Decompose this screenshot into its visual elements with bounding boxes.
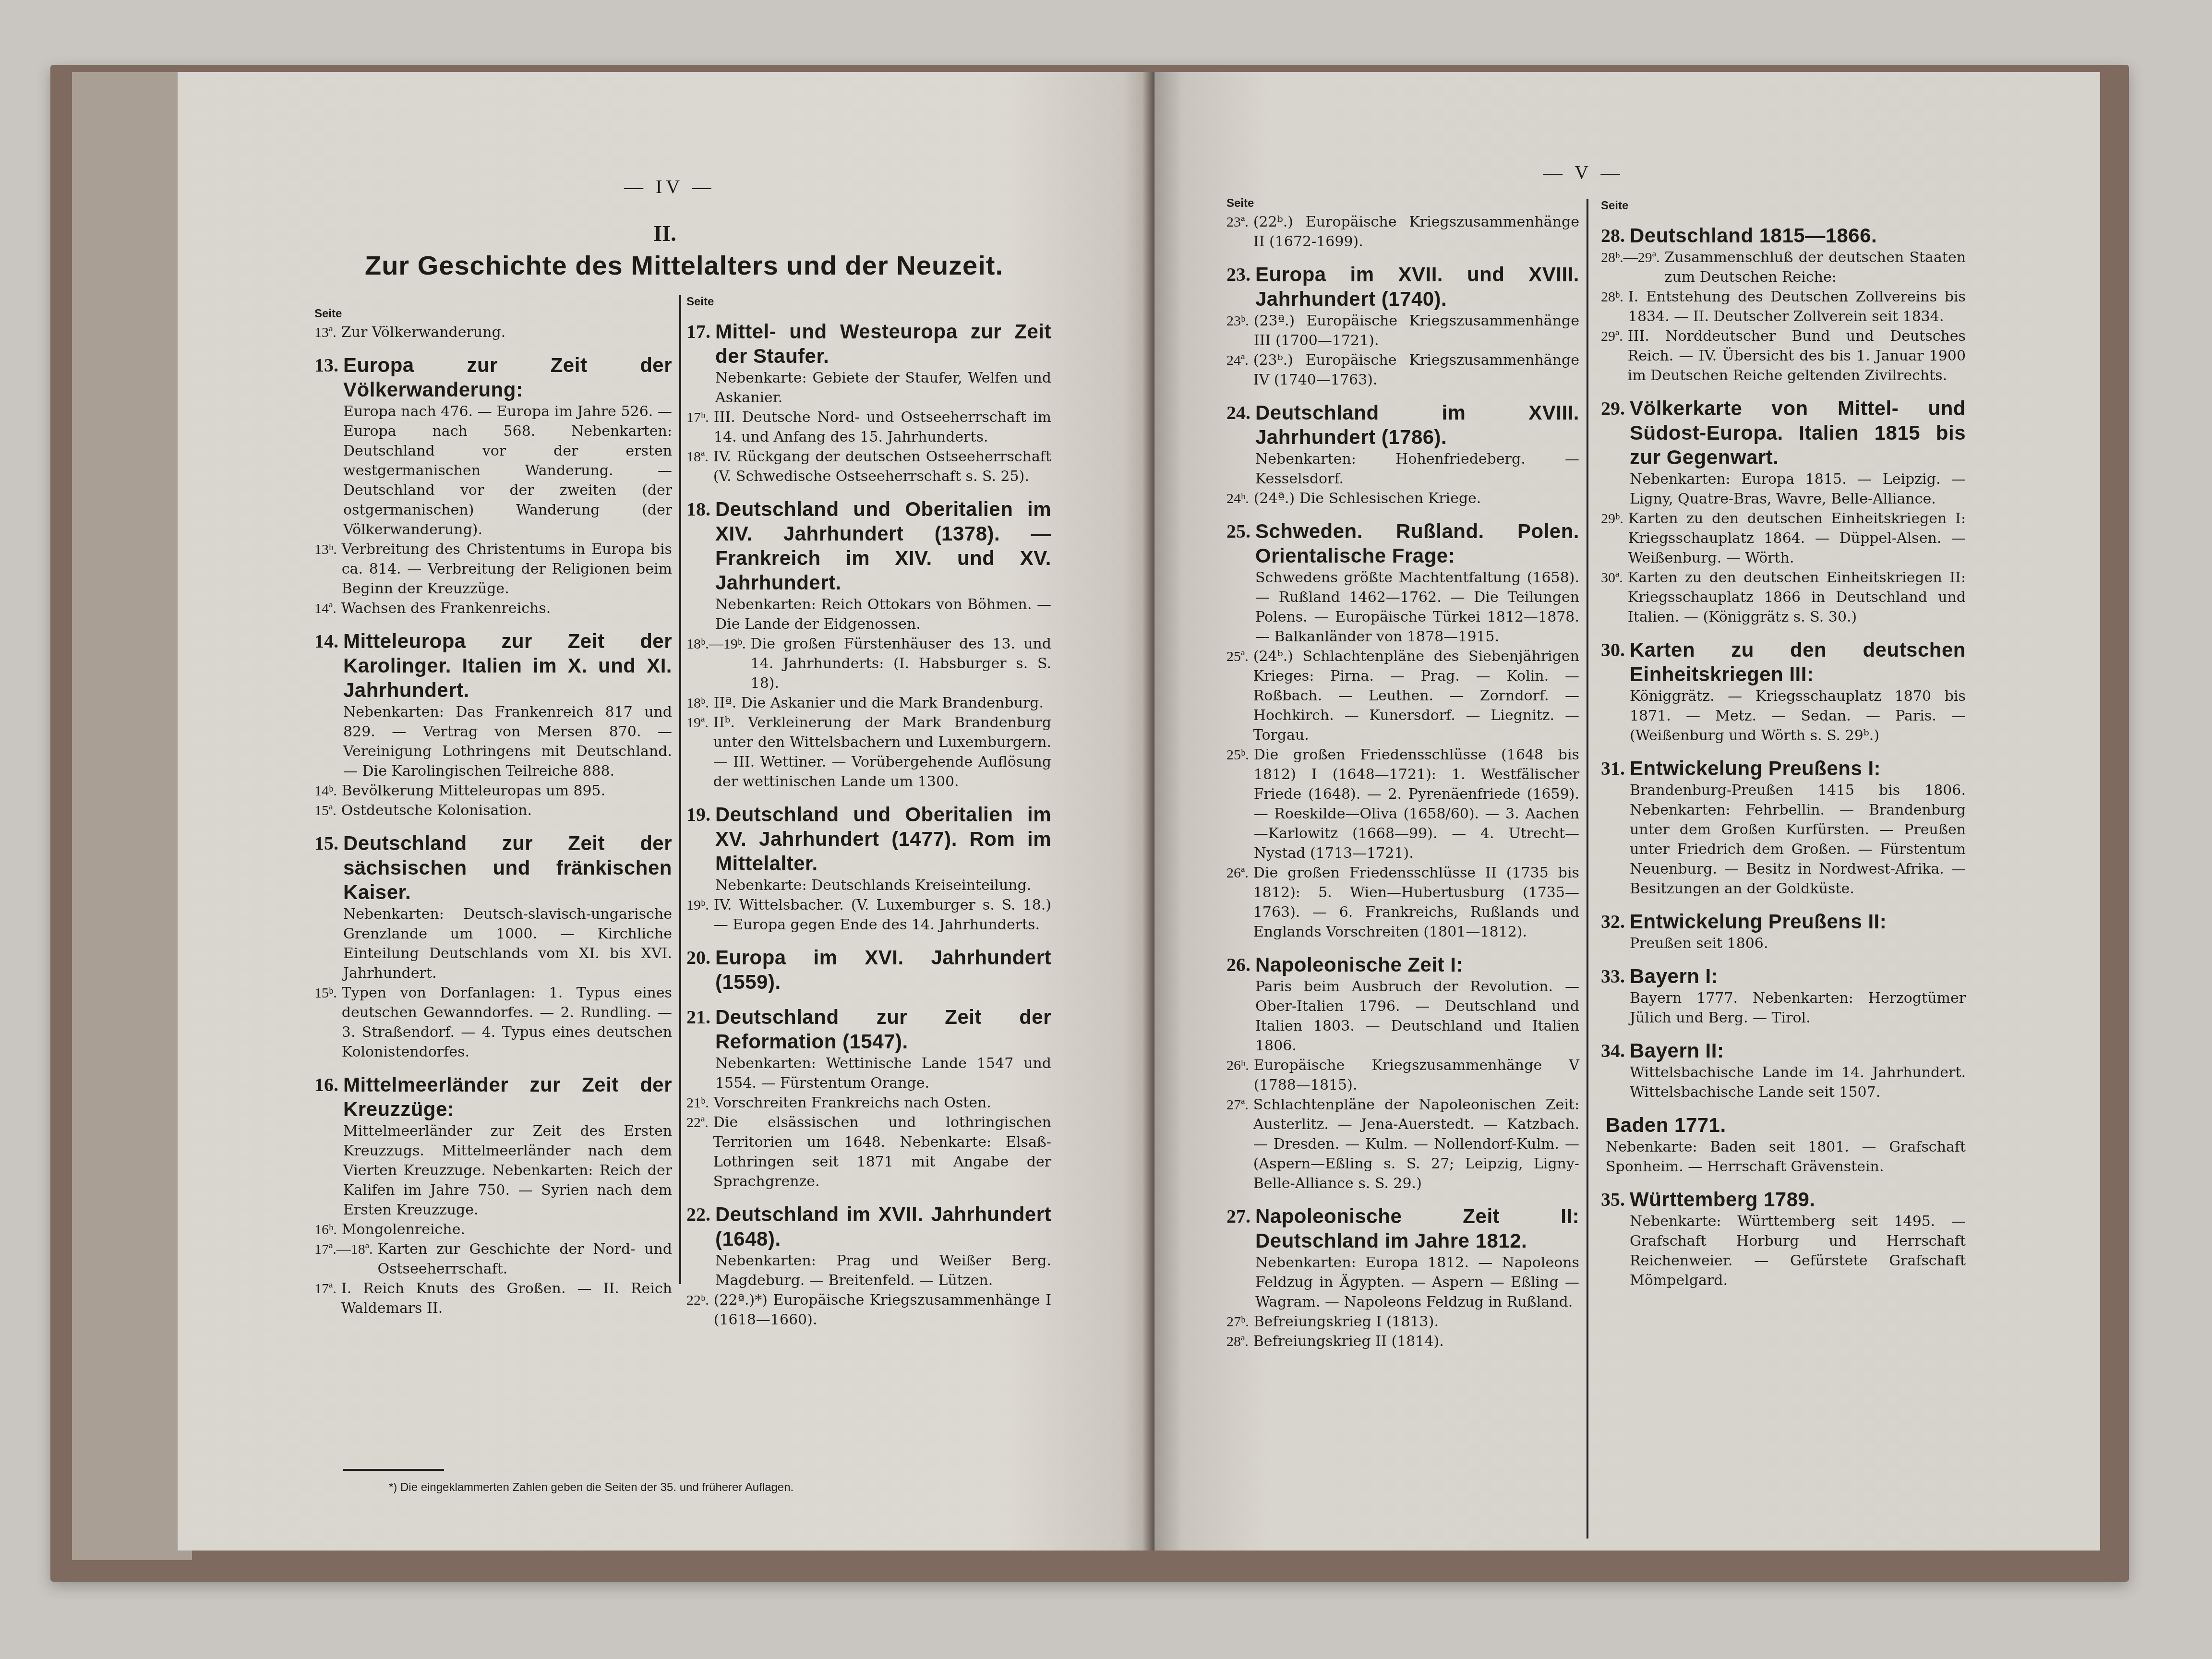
entry-body: I. Reich Knuts des Großen. — II. Reich W… [341,1279,672,1318]
seite-header: Seite [314,307,672,321]
entry-body: Deutschland und Oberitalien im XV. Jahrh… [715,802,1051,895]
toc-map-entry: 19.Deutschland und Oberitalien im XV. Ja… [686,802,1051,895]
entry-text: (22ᵇ.) Europäische Kriegszusammenhänge I… [1253,214,1579,250]
entry-body: Wachsen des Frankenreichs. [341,599,672,618]
right-page: — V — Seite23ª.(22ᵇ.) Europäische Kriegs… [1154,72,2100,1551]
toc-subentry: 13ᵇ.Verbreitung des Christentums in Euro… [314,540,672,599]
entry-text: (22ª.)*) Europäische Kriegszusammenhänge… [714,1292,1051,1328]
toc-subentry: 27ª.Schlachtenpläne der Napoleonischen Z… [1226,1095,1579,1193]
entry-description: Brandenburg-Preußen 1415 bis 1806. Neben… [1630,781,1966,899]
toc-column-left-2: Seite17.Mittel- und Westeuropa zur Zeit … [686,295,1051,1330]
entry-body: IV. Rückgang der deutschen Ostseeherrsch… [713,447,1051,486]
page-ref: 25. [1226,519,1255,647]
toc-map-entry: 16.Mittelmeerländer zur Zeit der Kreuzzü… [314,1072,672,1220]
entry-title: Napoleonische Zeit II: Deutschland im Ja… [1255,1204,1579,1253]
page-ref: 15. [314,831,343,983]
entry-body: Typen von Dorfanlagen: 1. Typus eines de… [342,983,672,1062]
page-ref: 26ᵇ. [1226,1056,1254,1095]
toc-map-entry: 14.Mitteleuropa zur Zeit der Karolinger.… [314,629,672,781]
entry-body: Vorschreiten Frankreichs nach Osten. [714,1093,1051,1113]
entry-description: Nebenkarte: Württemberg seit 1495. — Gra… [1630,1212,1966,1290]
entry-body: Völkerkarte von Mittel- und Südost-Europ… [1630,396,1966,509]
entry-text: Europäische Kriegszusammenhänge V (1788—… [1254,1057,1579,1094]
entry-body: Entwickelung Preußens I:Brandenburg-Preu… [1630,756,1966,899]
toc-column-left-1: Seite13ª.Zur Völkerwanderung.13.Europa z… [314,307,672,1318]
page-ref: 17ᵇ. [686,408,714,447]
entry-body: Europa im XVI. Jahrhundert (1559). [715,945,1051,994]
entry-body: III. Deutsche Nord- und Ostseeherrschaft… [714,408,1051,447]
entry-text: Befreiungskrieg II (1814). [1253,1333,1444,1350]
entry-text: Karten zu den deutschen Einheitskriegen … [1628,510,1966,566]
toc-subentry: 26ᵇ.Europäische Kriegszusammenhänge V (1… [1226,1056,1579,1095]
toc-subentry: 26ª.Die großen Friedensschlüsse II (1735… [1226,863,1579,942]
entry-body: I. Entstehung des Deutschen Zollvereins … [1628,287,1966,326]
entry-description: Königgrätz. — Kriegsschauplatz 1870 bis … [1630,686,1966,745]
entry-description: Nebenkarten: Hohenfriedeberg. — Kesselsd… [1255,449,1579,489]
entry-body: Die großen Fürstenhäuser des 13. und 14.… [751,634,1051,693]
toc-map-entry: 18.Deutschland und Oberitalien im XIV. J… [686,497,1051,634]
toc-subentry: 27ᵇ.Befreiungskrieg I (1813). [1226,1312,1579,1332]
toc-map-entry: Baden 1771.Nebenkarte: Baden seit 1801. … [1601,1113,1966,1177]
left-page: — IV — II. Zur Geschichte des Mittelalte… [178,72,1152,1551]
page-ref: 30ª. [1601,568,1628,627]
entry-body: Ostdeutsche Kolonisation. [341,801,672,820]
entry-body: Deutschland 1815—1866. [1630,223,1966,248]
entry-body: Deutschland und Oberitalien im XIV. Jahr… [715,497,1051,634]
entry-description: Preußen seit 1806. [1630,934,1966,953]
entry-body: Mitteleuropa zur Zeit der Karolinger. It… [343,629,672,781]
column-divider [679,295,681,1284]
toc-subentry: 25ᵇ.Die großen Friedensschlüsse (1648 bi… [1226,745,1579,863]
page-ref: 30. [1601,637,1630,745]
entry-body: Zusammenschluß der deutschen Staaten zum… [1665,248,1966,287]
toc-column-right-2: Seite28.Deutschland 1815—1866.28ᵇ.—29ª.Z… [1601,199,1966,1290]
entry-body: Karten zu den deutschen Einheitskriegen … [1628,509,1966,568]
entry-text: (24ª.) Die Schlesischen Kriege. [1254,490,1481,507]
entry-description: Schwedens größte Machtentfaltung (1658).… [1255,568,1579,647]
toc-map-entry: 26.Napoleonische Zeit I:Paris beim Ausbr… [1226,952,1579,1056]
toc-map-entry: 23.Europa im XVII. und XVIII. Jahrhunder… [1226,262,1579,311]
page-ref: 25ª. [1226,647,1253,745]
entry-text: IV. Wittelsbacher. (V. Luxemburger s. S.… [714,897,1051,933]
toc-subentry: 29ᵇ.Karten zu den deutschen Einheitskrie… [1601,509,1966,568]
toc-map-entry: 25.Schweden. Rußland. Polen. Orientalisc… [1226,519,1579,647]
entry-body: III. Norddeutscher Bund und Deutsches Re… [1628,326,1966,385]
entry-description: Nebenkarte: Baden seit 1801. — Grafschaf… [1606,1137,1966,1177]
toc-map-entry: 22.Deutschland im XVII. Jahrhundert (164… [686,1202,1051,1290]
entry-body: Karten zu den deutschen Einheitskriegen … [1628,568,1966,627]
entry-text: Vorschreiten Frankreichs nach Osten. [714,1094,991,1111]
entry-text: Die elsässischen und lothringischen Terr… [713,1114,1051,1190]
page-ref: 28ᵇ. [1601,287,1628,326]
page-ref: 26ª. [1226,863,1253,942]
toc-subentry: 30ª.Karten zu den deutschen Einheitskrie… [1601,568,1966,627]
toc-map-entry: 17.Mittel- und Westeuropa zur Zeit der S… [686,319,1051,408]
page-ref: 21. [686,1005,715,1093]
entry-title: Europa im XVI. Jahrhundert (1559). [715,945,1051,994]
page-ref: 17ª. [314,1279,341,1318]
page-ref: 16ᵇ. [314,1220,342,1239]
toc-subentry: 18ᵇ.—19ᵇ.Die großen Fürstenhäuser des 13… [686,634,1051,693]
entry-body: Bayern II:Wittelsbachische Lande im 14. … [1630,1038,1966,1102]
entry-text: Typen von Dorfanlagen: 1. Typus eines de… [342,985,672,1060]
toc-subentry: 29ª.III. Norddeutscher Bund und Deutsche… [1601,326,1966,385]
entry-text: (24ᵇ.) Schlachtenpläne des Siebenjährige… [1253,648,1579,744]
toc-column-right-1: Seite23ª.(22ᵇ.) Europäische Kriegszusamm… [1226,197,1579,1351]
entry-description: Nebenkarten: Europa 1812. — Napoleons Fe… [1255,1253,1579,1312]
entry-body: Bevölkerung Mitteleuropas um 895. [342,781,672,801]
entry-title: Bayern I: [1630,964,1966,988]
entry-body: (24ᵇ.) Schlachtenpläne des Siebenjährige… [1253,647,1579,745]
section-number: II. [178,221,1152,246]
page-ref: 18ª. [686,447,713,486]
entry-text: Zusammenschluß der deutschen Staaten zum… [1665,249,1966,286]
toc-subentry: 17ª.—18ª.Karten zur Geschichte der Nord-… [314,1239,672,1279]
entry-body: Schweden. Rußland. Polen. Orientalische … [1255,519,1579,647]
entry-body: Württemberg 1789.Nebenkarte: Württemberg… [1630,1187,1966,1290]
entry-body: Deutschland zur Zeit der Reformation (15… [715,1005,1051,1093]
entry-body: Bayern I:Bayern 1777. Nebenkarten: Herzo… [1630,964,1966,1028]
page-ref [1601,1113,1606,1177]
toc-map-entry: 31.Entwickelung Preußens I:Brandenburg-P… [1601,756,1966,899]
entry-title: Schweden. Rußland. Polen. Orientalische … [1255,519,1579,568]
seite-header: Seite [1226,197,1579,210]
entry-body: Deutschland im XVIII. Jahrhundert (1786)… [1255,400,1579,489]
entry-description: Bayern 1777. Nebenkarten: Herzogtümer Jü… [1630,988,1966,1028]
entry-text: IIᵇ. Verkleinerung der Mark Brandenburg … [713,714,1051,790]
page-number-iv: — IV — [624,175,715,198]
entry-body: Europa zur Zeit der Völkerwanderung:Euro… [343,353,672,540]
page-ref: 14ᵇ. [314,781,342,801]
entry-title: Bayern II: [1630,1038,1966,1063]
entry-body: Mittelmeerländer zur Zeit der Kreuzzüge:… [343,1072,672,1220]
page-ref: 29ᵇ. [1601,509,1628,568]
page-ref: 19ª. [686,713,713,792]
toc-subentry: 21ᵇ.Vorschreiten Frankreichs nach Osten. [686,1093,1051,1113]
entry-text: Die großen Friedensschlüsse II (1735 bis… [1253,865,1579,940]
toc-subentry: 15ª.Ostdeutsche Kolonisation. [314,801,672,820]
toc-map-entry: 27.Napoleonische Zeit II: Deutschland im… [1226,1204,1579,1312]
page-ref: 34. [1601,1038,1630,1102]
entry-text: Bevölkerung Mitteleuropas um 895. [342,782,605,799]
entry-text: IIª. Die Askanier und die Mark Brandenbu… [714,695,1044,711]
page-ref: 28ª. [1226,1332,1253,1351]
entry-title: Völkerkarte von Mittel- und Südost-Europ… [1630,396,1966,469]
entry-body: Befreiungskrieg II (1814). [1253,1332,1579,1351]
entry-body: IIª. Die Askanier und die Mark Brandenbu… [714,693,1051,713]
entry-text: Verbreitung des Christentums in Europa b… [342,541,672,597]
entry-text: Die großen Fürstenhäuser des 13. und 14.… [751,636,1051,692]
entry-body: Deutschland zur Zeit der sächsischen und… [343,831,672,983]
page-ref: 32. [1601,909,1630,953]
toc-subentry: 24ᵇ.(24ª.) Die Schlesischen Kriege. [1226,489,1579,508]
page-ref: 33. [1601,964,1630,1028]
page-number-v: — V — [1543,161,1623,183]
entry-title: Mitteleuropa zur Zeit der Karolinger. It… [343,629,672,702]
entry-text: I. Reich Knuts des Großen. — II. Reich W… [341,1280,672,1317]
entry-body: (23ª.) Europäische Kriegszusammenhänge I… [1254,311,1579,350]
toc-subentry: 14ª.Wachsen des Frankenreichs. [314,599,672,618]
page-ref: 24ᵇ. [1226,489,1254,508]
entry-body: Entwickelung Preußens II:Preußen seit 18… [1630,909,1966,953]
toc-map-entry: 33.Bayern I:Bayern 1777. Nebenkarten: He… [1601,964,1966,1028]
toc-map-entry: 32.Entwickelung Preußens II:Preußen seit… [1601,909,1966,953]
entry-body: Die großen Friedensschlüsse (1648 bis 18… [1254,745,1579,863]
toc-map-entry: 21.Deutschland zur Zeit der Reformation … [686,1005,1051,1093]
entry-body: IV. Wittelsbacher. (V. Luxemburger s. S.… [714,895,1051,935]
column-divider [1587,199,1588,1539]
page-ref: 13. [314,353,343,540]
toc-map-entry: 24.Deutschland im XVIII. Jahrhundert (17… [1226,400,1579,489]
entry-title: Deutschland 1815—1866. [1630,223,1966,248]
entry-title: Württemberg 1789. [1630,1187,1966,1212]
toc-map-entry: 15.Deutschland zur Zeit der sächsischen … [314,831,672,983]
page-ref: 24ª. [1226,350,1253,390]
entry-title: Mittel- und Westeuropa zur Zeit der Stau… [715,319,1051,368]
page-ref: 25ᵇ. [1226,745,1254,863]
entry-title: Deutschland zur Zeit der Reformation (15… [715,1005,1051,1054]
cover-inner-edge [72,72,192,1560]
entry-body: Baden 1771.Nebenkarte: Baden seit 1801. … [1606,1113,1966,1177]
toc-subentry: 28ᵇ.I. Entstehung des Deutschen Zollvere… [1601,287,1966,326]
entry-text: (23ᵇ.) Europäische Kriegszusammenhänge I… [1253,352,1579,388]
page-ref: 13ᵇ. [314,540,342,599]
page-ref: 16. [314,1072,343,1220]
toc-map-entry: 35.Württemberg 1789.Nebenkarte: Württemb… [1601,1187,1966,1290]
page-ref: 29ª. [1601,326,1628,385]
toc-subentry: 24ª.(23ᵇ.) Europäische Kriegszusammenhän… [1226,350,1579,390]
entry-body: Mongolenreiche. [342,1220,672,1239]
entry-title: Deutschland und Oberitalien im XV. Jahrh… [715,802,1051,876]
page-ref: 22ᵇ. [686,1290,714,1330]
entry-body: Napoleonische Zeit II: Deutschland im Ja… [1255,1204,1579,1312]
entry-text: Karten zu den deutschen Einheitskriegen … [1628,569,1966,625]
entry-description: Nebenkarte: Gebiete der Staufer, Welfen … [715,368,1051,408]
entry-body: Napoleonische Zeit I:Paris beim Ausbruch… [1255,952,1579,1056]
page-ref: 28ᵇ.—29ª. [1601,248,1665,287]
toc-subentry: 28ᵇ.—29ª.Zusammenschluß der deutschen St… [1601,248,1966,287]
toc-subentry: 15ᵇ.Typen von Dorfanlagen: 1. Typus eine… [314,983,672,1062]
entry-text: (23ª.) Europäische Kriegszusammenhänge I… [1254,313,1579,349]
entry-body: Schlachtenpläne der Napoleonischen Zeit:… [1253,1095,1579,1193]
toc-subentry: 17ᵇ.III. Deutsche Nord- und Ostseeherrsc… [686,408,1051,447]
entry-description: Nebenkarten: Wettinische Lande 1547 und … [715,1054,1051,1093]
page-ref: 29. [1601,396,1630,509]
page-ref: 27. [1226,1204,1255,1312]
entry-body: Europa im XVII. und XVIII. Jahrhundert (… [1255,262,1579,311]
page-ref: 17ª.—18ª. [314,1239,378,1279]
page-ref: 28. [1601,223,1630,248]
entry-description: Paris beim Ausbruch der Revolution. — Ob… [1255,977,1579,1056]
page-ref: 14. [314,629,343,781]
page-ref: 17. [686,319,715,408]
entry-title: Europa im XVII. und XVIII. Jahrhundert (… [1255,262,1579,311]
page-ref: 15ª. [314,801,341,820]
entry-body: Die elsässischen und lothringischen Terr… [713,1113,1051,1191]
entry-description: Nebenkarten: Europa 1815. — Leipzig. — L… [1630,469,1966,509]
page-ref: 19ᵇ. [686,895,714,935]
entry-description: Nebenkarte: Deutschlands Kreiseinteilung… [715,876,1051,895]
seite-header: Seite [686,295,1051,309]
toc-map-entry: 34.Bayern II:Wittelsbachische Lande im 1… [1601,1038,1966,1102]
entry-description: Nebenkarten: Reich Ottokars von Böhmen. … [715,595,1051,634]
entry-title: Mittelmeerländer zur Zeit der Kreuzzüge: [343,1072,672,1121]
entry-description: Wittelsbachische Lande im 14. Jahrhunder… [1630,1063,1966,1102]
entry-description: Europa nach 476. — Europa im Jahre 526. … [343,402,672,540]
entry-text: III. Deutsche Nord- und Ostseeherrschaft… [714,409,1051,445]
entry-body: (22ᵇ.) Europäische Kriegszusammenhänge I… [1253,212,1579,252]
entry-body: Zur Völkerwanderung. [341,323,672,342]
page-ref: 21ᵇ. [686,1093,714,1113]
entry-title: Entwickelung Preußens I: [1630,756,1966,781]
entry-text: Ostdeutsche Kolonisation. [341,802,532,819]
entry-body: Befreiungskrieg I (1813). [1254,1312,1579,1332]
toc-subentry: 22ª.Die elsässischen und lothringischen … [686,1113,1051,1191]
page-ref: 20. [686,945,715,994]
entry-body: Europäische Kriegszusammenhänge V (1788—… [1254,1056,1579,1095]
entry-text: Die großen Friedensschlüsse (1648 bis 18… [1254,746,1579,862]
page-ref: 27ᵇ. [1226,1312,1254,1332]
toc-subentry: 17ª.I. Reich Knuts des Großen. — II. Rei… [314,1279,672,1318]
seite-header: Seite [1601,199,1966,213]
toc-subentry: 14ᵇ.Bevölkerung Mitteleuropas um 895. [314,781,672,801]
page-ref: 15ᵇ. [314,983,342,1062]
toc-subentry: 19ᵇ.IV. Wittelsbacher. (V. Luxemburger s… [686,895,1051,935]
entry-text: Mongolenreiche. [342,1221,465,1238]
entry-text: Befreiungskrieg I (1813). [1254,1313,1439,1330]
entry-description: Nebenkarten: Das Frankenreich 817 und 82… [343,702,672,781]
entry-title: Deutschland zur Zeit der sächsischen und… [343,831,672,904]
entry-body: (22ª.)*) Europäische Kriegszusammenhänge… [714,1290,1051,1330]
entry-body: Mittel- und Westeuropa zur Zeit der Stau… [715,319,1051,408]
toc-map-entry: 28.Deutschland 1815—1866. [1601,223,1966,248]
entry-text: I. Entstehung des Deutschen Zollvereins … [1628,289,1966,325]
page-ref: 13ª. [314,323,341,342]
toc-map-entry: 20.Europa im XVI. Jahrhundert (1559). [686,945,1051,994]
toc-subentry: 13ª.Zur Völkerwanderung. [314,323,672,342]
toc-map-entry: 30.Karten zu den deutschen Einheitskrieg… [1601,637,1966,745]
toc-map-entry: 13.Europa zur Zeit der Völkerwanderung:E… [314,353,672,540]
page-ref: 23. [1226,262,1255,311]
entry-text: Karten zur Geschichte der Nord- und Osts… [378,1241,672,1277]
entry-title: Entwickelung Preußens II: [1630,909,1966,934]
page-ref: 22. [686,1202,715,1290]
page-ref: 23ᵇ. [1226,311,1254,350]
entry-text: Wachsen des Frankenreichs. [341,600,551,617]
entry-body: Verbreitung des Christentums in Europa b… [342,540,672,599]
entry-body: Deutschland im XVII. Jahrhundert (1648).… [715,1202,1051,1290]
page-ref: 23ª. [1226,212,1253,252]
entry-title: Napoleonische Zeit I: [1255,952,1579,977]
toc-map-entry: 29.Völkerkarte von Mittel- und Südost-Eu… [1601,396,1966,509]
page-ref: 14ª. [314,599,341,618]
entry-title: Deutschland im XVIII. Jahrhundert (1786)… [1255,400,1579,449]
footnote-rule [343,1469,444,1471]
section-title: Zur Geschichte des Mittelalters und der … [178,250,1171,281]
page-ref: 18ᵇ.—19ᵇ. [686,634,751,693]
toc-subentry: 18ᵇ.IIª. Die Askanier und die Mark Brand… [686,693,1051,713]
page-ref: 26. [1226,952,1255,1056]
entry-body: Die großen Friedensschlüsse II (1735 bis… [1253,863,1579,942]
entry-title: Europa zur Zeit der Völkerwanderung: [343,353,672,402]
entry-title: Deutschland im XVII. Jahrhundert (1648). [715,1202,1051,1251]
entry-text: III. Norddeutscher Bund und Deutsches Re… [1628,328,1966,384]
page-ref: 19. [686,802,715,895]
entry-text: Zur Völkerwanderung. [341,324,505,341]
entry-title: Deutschland und Oberitalien im XIV. Jahr… [715,497,1051,595]
page-ref: 27ª. [1226,1095,1253,1193]
entry-body: IIᵇ. Verkleinerung der Mark Brandenburg … [713,713,1051,792]
toc-subentry: 22ᵇ.(22ª.)*) Europäische Kriegszusammenh… [686,1290,1051,1330]
toc-subentry: 28ª.Befreiungskrieg II (1814). [1226,1332,1579,1351]
entry-body: Karten zu den deutschen Einheitskriegen … [1630,637,1966,745]
page-ref: 35. [1601,1187,1630,1290]
entry-body: (23ᵇ.) Europäische Kriegszusammenhänge I… [1253,350,1579,390]
page-ref: 18ᵇ. [686,693,714,713]
page-ref: 24. [1226,400,1255,489]
entry-title: Baden 1771. [1606,1113,1966,1137]
toc-subentry: 25ª.(24ᵇ.) Schlachtenpläne des Siebenjäh… [1226,647,1579,745]
footnote: *) Die eingeklammerten Zahlen geben die … [389,1481,793,1494]
toc-subentry: 16ᵇ.Mongolenreiche. [314,1220,672,1239]
entry-text: Schlachtenpläne der Napoleonischen Zeit:… [1253,1096,1579,1192]
toc-subentry: 18ª.IV. Rückgang der deutschen Ostseeher… [686,447,1051,486]
entry-title: Karten zu den deutschen Einheitskriegen … [1630,637,1966,686]
page-ref: 18. [686,497,715,634]
page-ref: 31. [1601,756,1630,899]
toc-subentry: 23ᵇ.(23ª.) Europäische Kriegszusammenhän… [1226,311,1579,350]
page-ref: 22ª. [686,1113,713,1191]
entry-description: Mittelmeerländer zur Zeit des Ersten Kre… [343,1121,672,1220]
toc-subentry: 23ª.(22ᵇ.) Europäische Kriegszusammenhän… [1226,212,1579,252]
entry-description: Nebenkarten: Deutsch-slavisch-ungarische… [343,904,672,983]
entry-description: Nebenkarten: Prag und Weißer Berg. Magde… [715,1251,1051,1290]
toc-subentry: 19ª.IIᵇ. Verkleinerung der Mark Brandenb… [686,713,1051,792]
entry-body: Karten zur Geschichte der Nord- und Osts… [378,1239,672,1279]
entry-body: (24ª.) Die Schlesischen Kriege. [1254,489,1579,508]
entry-text: IV. Rückgang der deutschen Ostseeherrsch… [713,448,1051,485]
